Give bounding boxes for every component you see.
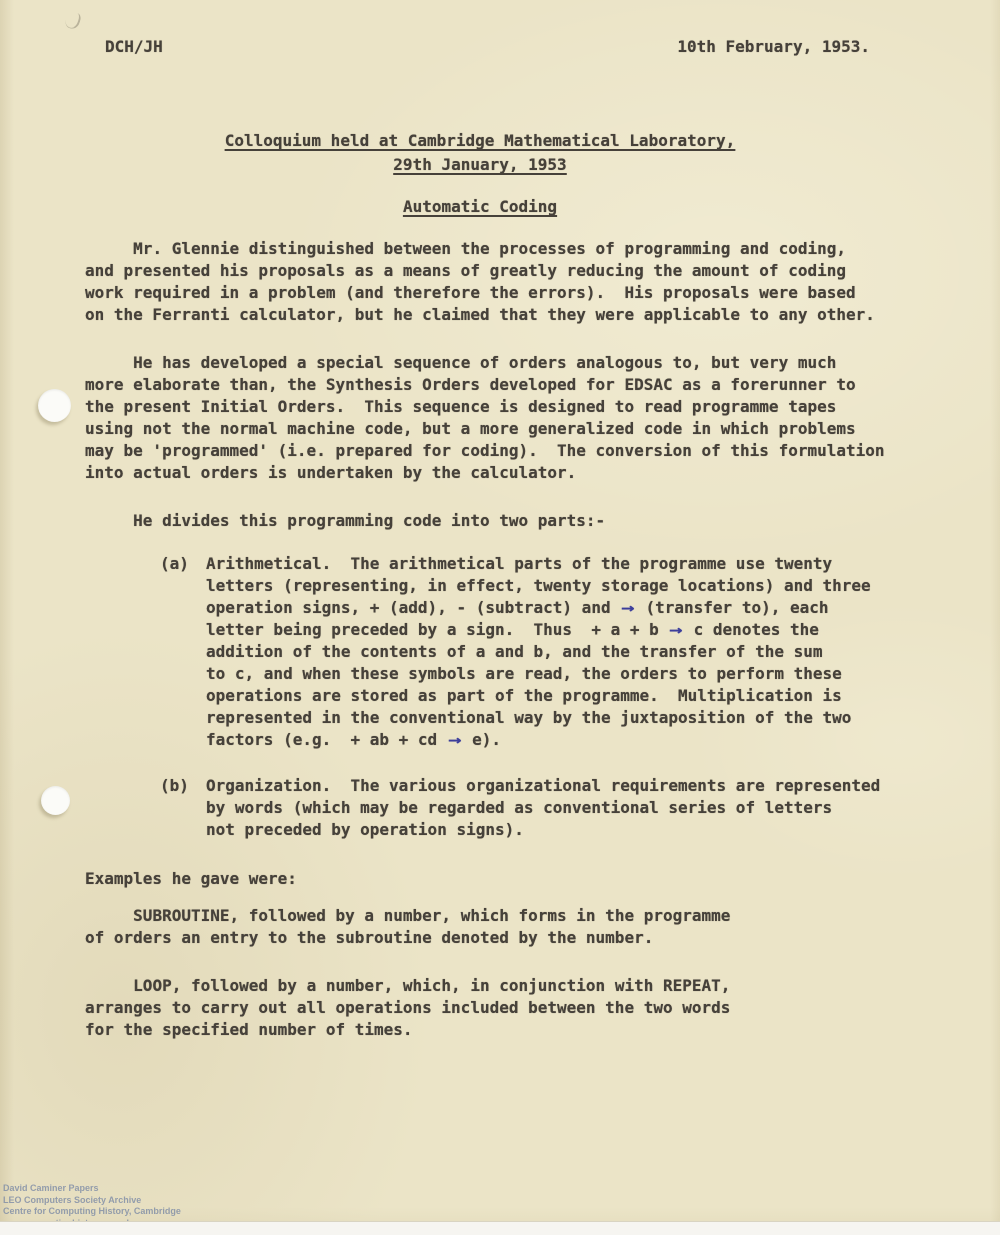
item-a-seg3: c denotes the addition of the contents o… bbox=[206, 620, 851, 749]
scan-edge-strip bbox=[0, 1221, 1000, 1235]
list-marker-a: (a) bbox=[160, 553, 198, 751]
punch-hole-bottom bbox=[41, 786, 70, 815]
watermark-line-1: David Caminer Papers bbox=[3, 1183, 181, 1195]
list-item-a: (a) Arithmetical. The arithmetical parts… bbox=[160, 553, 920, 751]
pencil-mark bbox=[64, 10, 83, 30]
reference-code: DCH/JH bbox=[105, 36, 163, 58]
scanned-document-page: DCH/JH 10th February, 1953. Colloquium h… bbox=[0, 0, 1000, 1235]
examples-intro: Examples he gave were: bbox=[85, 868, 920, 890]
paragraph-two-parts: He divides this programming code into tw… bbox=[85, 510, 920, 532]
title-line-1: Colloquium held at Cambridge Mathematica… bbox=[0, 129, 960, 153]
title-line-2: 29th January, 1953 bbox=[0, 153, 960, 177]
transfer-arrow-icon: → bbox=[444, 729, 466, 751]
watermark-line-3: Centre for Computing History, Cambridge bbox=[3, 1206, 181, 1218]
paragraph-intro: Mr. Glennie distinguished between the pr… bbox=[85, 238, 920, 326]
list-marker-b: (b) bbox=[160, 775, 198, 841]
title-block: Colloquium held at Cambridge Mathematica… bbox=[0, 129, 960, 219]
item-a-seg4: e). bbox=[462, 730, 501, 749]
watermark-line-2: LEO Computers Society Archive bbox=[3, 1195, 181, 1207]
transfer-arrow-icon: → bbox=[665, 619, 687, 641]
list-item-b-text: Organization. The various organizational… bbox=[206, 775, 920, 841]
example-loop: LOOP, followed by a number, which, in co… bbox=[85, 975, 920, 1041]
punch-hole-top bbox=[38, 389, 71, 422]
document-header: DCH/JH 10th February, 1953. bbox=[105, 36, 870, 58]
example-subroutine: SUBROUTINE, followed by a number, which … bbox=[85, 905, 920, 949]
document-body: Mr. Glennie distinguished between the pr… bbox=[85, 238, 920, 1041]
document-date: 10th February, 1953. bbox=[677, 36, 870, 58]
list-item-a-text: Arithmetical. The arithmetical parts of … bbox=[206, 553, 920, 751]
list-item-b: (b) Organization. The various organizati… bbox=[160, 775, 920, 841]
document-subtitle: Automatic Coding bbox=[0, 195, 960, 219]
transfer-arrow-icon: → bbox=[617, 597, 639, 619]
paragraph-sequence: He has developed a special sequence of o… bbox=[85, 352, 920, 484]
